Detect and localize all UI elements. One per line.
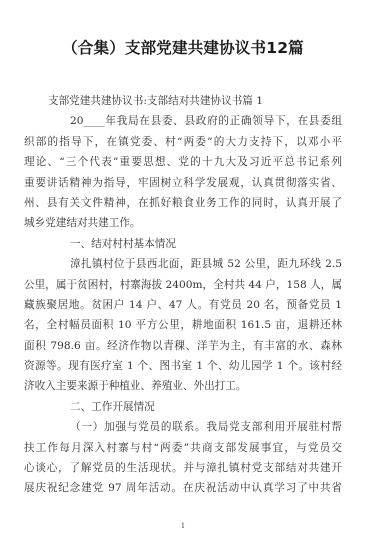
paragraph-line: 济收入主要来源于种植业、养殖业、外出打工。 [24,376,342,396]
document-title: （合集）支部党建共建协议书12篇 [0,36,366,58]
paragraph-line: 资源等。现有医疗室 1 个、图书室 1 个、幼儿园学 1 个。该村经 [24,356,342,376]
paragraph-line: 心谈心，了解党员的生活现状。并与漳扎镇村党支部结对共建开 [24,458,342,478]
paragraph-line: 名，全村幅员面积 10 平方公里，耕地面积 161.5 亩，退耕还林 [24,315,342,335]
section-heading: 一、结对村村基本情况 [24,234,342,254]
page-number: 1 [0,522,366,530]
paragraph-line: 展庆祝纪念建党 97 周年活动。在庆祝活动中认真学习了中共省 [24,478,342,498]
paragraph-line: 织部的指导下，在镇党委、村“两委”的大力支持下，以邓小平 [24,132,342,152]
paragraph-line: 面积 798.6 亩。经济作物以青稞、洋芋为主，有丰富的水、森林 [24,336,342,356]
paragraph-line: 州、县有关文件精神，在抓好粮食业务工作的同时，认真开展了 [24,193,342,213]
paragraph-line: 公里，属于贫困村，村寨海拔 2400m，全村共 44 户，158 人，属 [24,275,342,295]
paragraph-line: 20____年我局在县委、县政府的正确领导下，在县委组 [24,111,342,131]
section-heading: 二、工作开展情况 [24,397,342,417]
paragraph-line: 城乡党建结对共建工作。 [24,213,342,233]
paragraph-line: 扶工作每月深入村寨与村“两委”共商支部发展事宜，与党员交 [24,438,342,458]
paragraph-line: 漳扎镇村位于县西北面，距县城 52 公里，距九环线 2.5 [24,254,342,274]
paragraph-line: （一）加强与党员的联系。我局党支部利用开展驻村帮 [24,417,342,437]
document-body: 支部党建共建协议书:支部结对共建协议书篇 1 20____年我局在县委、县政府的… [24,91,342,499]
subtitle-line: 支部党建共建协议书:支部结对共建协议书篇 1 [24,91,342,111]
paragraph-line: 重要讲话精神为指导，牢固树立科学发展观，认真贯彻落实省、 [24,173,342,193]
paragraph-line: 藏族聚居地。贫困户 14 户、47 人。有党员 20 名，预备党员 1 [24,295,342,315]
paragraph-line: 理论、“三个代表”重要思想、党的十九大及习近平总书记系列 [24,152,342,172]
